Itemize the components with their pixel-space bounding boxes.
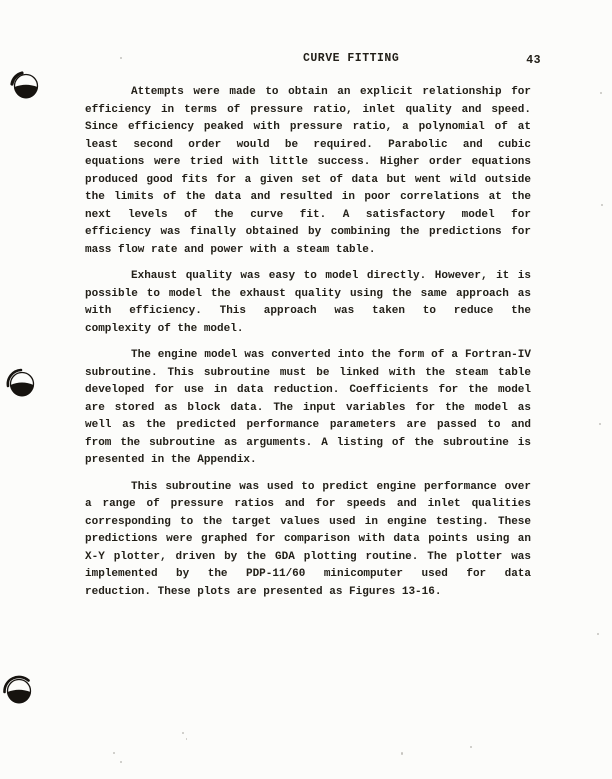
text-line: produced good fits for a given set of da… (85, 172, 531, 190)
body-paragraph: Exhaust quality was easy to model direct… (85, 268, 531, 338)
scan-speck (113, 752, 115, 754)
text-line: X-Y plotter, driven by the GDA plotting … (85, 549, 531, 567)
text-line: Attempts were made to obtain an explicit… (85, 84, 531, 102)
scanned-page: CURVE FITTING 43 Attempts were made to o… (0, 0, 612, 779)
text-line: This subroutine was used to predict engi… (85, 479, 531, 497)
text-line: next levels of the curve fit. A satisfac… (85, 207, 531, 225)
text-line: complexity of the model. (85, 321, 531, 339)
text-line: implemented by the PDP-11/60 minicompute… (85, 566, 531, 584)
punch-mark-icon (2, 364, 42, 404)
punch-mark-icon (6, 66, 46, 106)
text-line: predictions were graphed for comparison … (85, 531, 531, 549)
text-line: least second order would be required. Pa… (85, 137, 531, 155)
scan-speck (597, 633, 599, 635)
text-line: presented in the Appendix. (85, 452, 531, 470)
scan-speck (186, 738, 187, 740)
scan-speck (470, 746, 472, 748)
text-line: a range of pressure ratios and for speed… (85, 496, 531, 514)
text-block: CURVE FITTING 43 Attempts were made to o… (85, 52, 531, 610)
text-line: equations were tried with little success… (85, 154, 531, 172)
page-header: CURVE FITTING 43 (85, 52, 531, 69)
text-line: developed for use in data reduction. Coe… (85, 382, 531, 400)
text-line: corresponding to the target values used … (85, 514, 531, 532)
scan-speck (182, 732, 184, 734)
text-line: the limits of the data and resulted in p… (85, 189, 531, 207)
page-header-title: CURVE FITTING (303, 52, 399, 65)
scan-speck (401, 752, 403, 755)
body-paragraph: Attempts were made to obtain an explicit… (85, 84, 531, 259)
punch-mark-icon (0, 671, 39, 711)
scan-speck (601, 204, 603, 206)
text-line: Since efficiency peaked with pressure ra… (85, 119, 531, 137)
text-line: subroutine. This subroutine must be link… (85, 365, 531, 383)
scan-speck (599, 423, 601, 425)
text-line: mass flow rate and power with a steam ta… (85, 242, 531, 260)
text-line: reduction. These plots are presented as … (85, 584, 531, 602)
text-line: are stored as block data. The input vari… (85, 400, 531, 418)
text-line: possible to model the exhaust quality us… (85, 286, 531, 304)
body-paragraph: This subroutine was used to predict engi… (85, 479, 531, 602)
scan-speck (600, 92, 602, 94)
text-line: efficiency was finally obtained by combi… (85, 224, 531, 242)
body-paragraph: The engine model was converted into the … (85, 347, 531, 470)
scan-speck (120, 761, 122, 763)
text-line: well as the predicted performance parame… (85, 417, 531, 435)
text-line: Exhaust quality was easy to model direct… (85, 268, 531, 286)
page-number: 43 (526, 54, 541, 67)
text-line: from the subroutine as arguments. A list… (85, 435, 531, 453)
text-line: efficiency in terms of pressure ratio, i… (85, 102, 531, 120)
text-line: with efficiency. This approach was taken… (85, 303, 531, 321)
text-line: The engine model was converted into the … (85, 347, 531, 365)
